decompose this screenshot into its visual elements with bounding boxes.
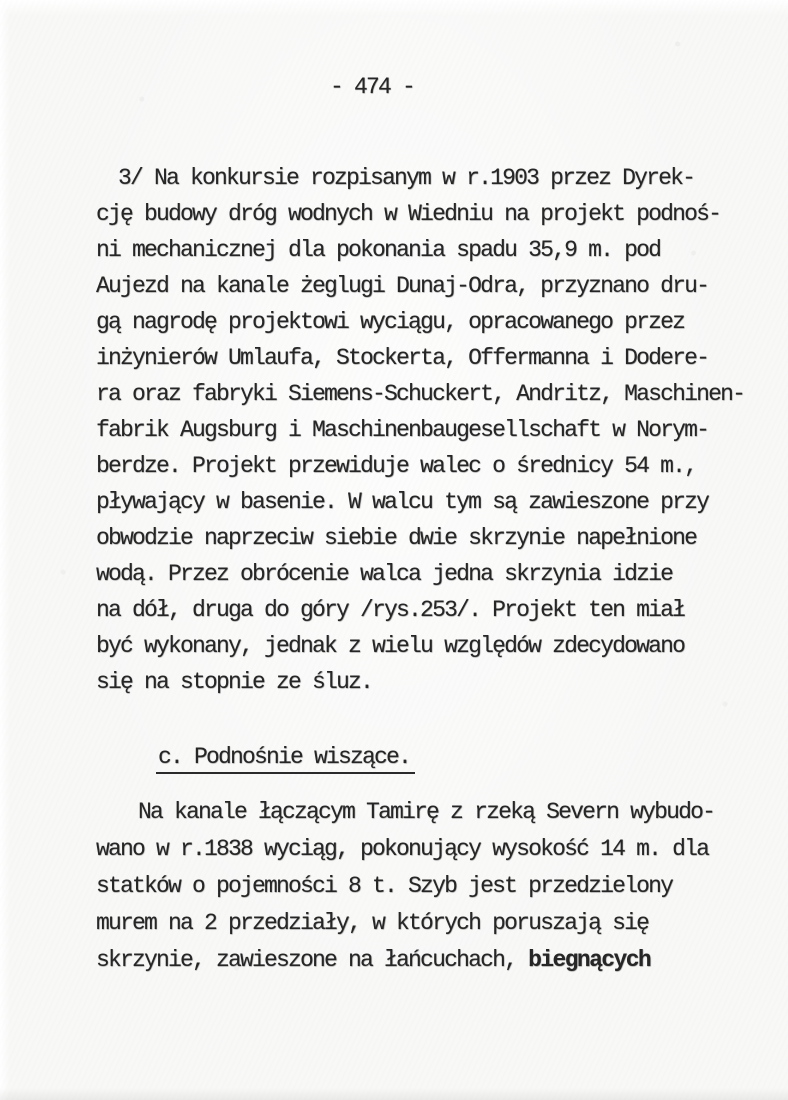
text-line-with-emphasis: skrzynie, zawieszone na łańcuchach, bieg… [96, 942, 714, 979]
text-line: ni mechanicznej dla pokonania spadu 35,9… [96, 232, 744, 268]
text-line: się na stopnie ze śluz. [96, 664, 744, 700]
emphasized-word: biegnących [528, 947, 650, 973]
text-line: na dół, druga do góry /rys.253/. Projekt… [96, 592, 744, 628]
text-line-regular-part: skrzynie, zawieszone na łańcuchach, [96, 947, 528, 973]
text-line: być wykonany, jednak z wielu względów zd… [96, 628, 744, 664]
page-number: - 474 - [330, 74, 414, 100]
text-line: Na kanale łączącym Tamirę z rzeką Severn… [96, 794, 714, 831]
scanned-document-page: - 474 - 3/ Na konkursie rozpisanym w r.1… [0, 0, 788, 1100]
text-line: statków o pojemności 8 t. Szyb jest prze… [96, 868, 714, 905]
text-line: Aujezd na kanale żeglugi Dunaj-Odra, prz… [96, 268, 744, 304]
text-line: berdze. Projekt przewiduje walec o średn… [96, 448, 744, 484]
paragraph-thames-severn-lift: Na kanale łączącym Tamirę z rzeką Severn… [96, 794, 714, 979]
text-line: wodą. Przez obrócenie walca jedna skrzyn… [96, 556, 744, 592]
text-line: inżynierów Umlaufa, Stockerta, Offermann… [96, 340, 744, 376]
text-line: fabrik Augsburg i Maschinenbaugesellscha… [96, 412, 744, 448]
text-line: 3/ Na konkursie rozpisanym w r.1903 prze… [96, 160, 744, 196]
text-line: gą nagrodę projektowi wyciągu, opracowan… [96, 304, 744, 340]
text-line: ra oraz fabryki Siemens-Schuckert, Andri… [96, 376, 744, 412]
text-line: wano w r.1838 wyciąg, pokonujący wysokoś… [96, 831, 714, 868]
text-line: cję budowy dróg wodnych w Wiedniu na pro… [96, 196, 744, 232]
text-line: pływający w basenie. W walcu tym są zawi… [96, 484, 744, 520]
text-line: murem na 2 przedziały, w których porusza… [96, 905, 714, 942]
paragraph-boat-lift-competition: 3/ Na konkursie rozpisanym w r.1903 prze… [96, 160, 744, 700]
section-heading-hanging-lifts: c. Podnośnie wiszące. [156, 744, 415, 774]
text-line: obwodzie naprzeciw siebie dwie skrzynie … [96, 520, 744, 556]
